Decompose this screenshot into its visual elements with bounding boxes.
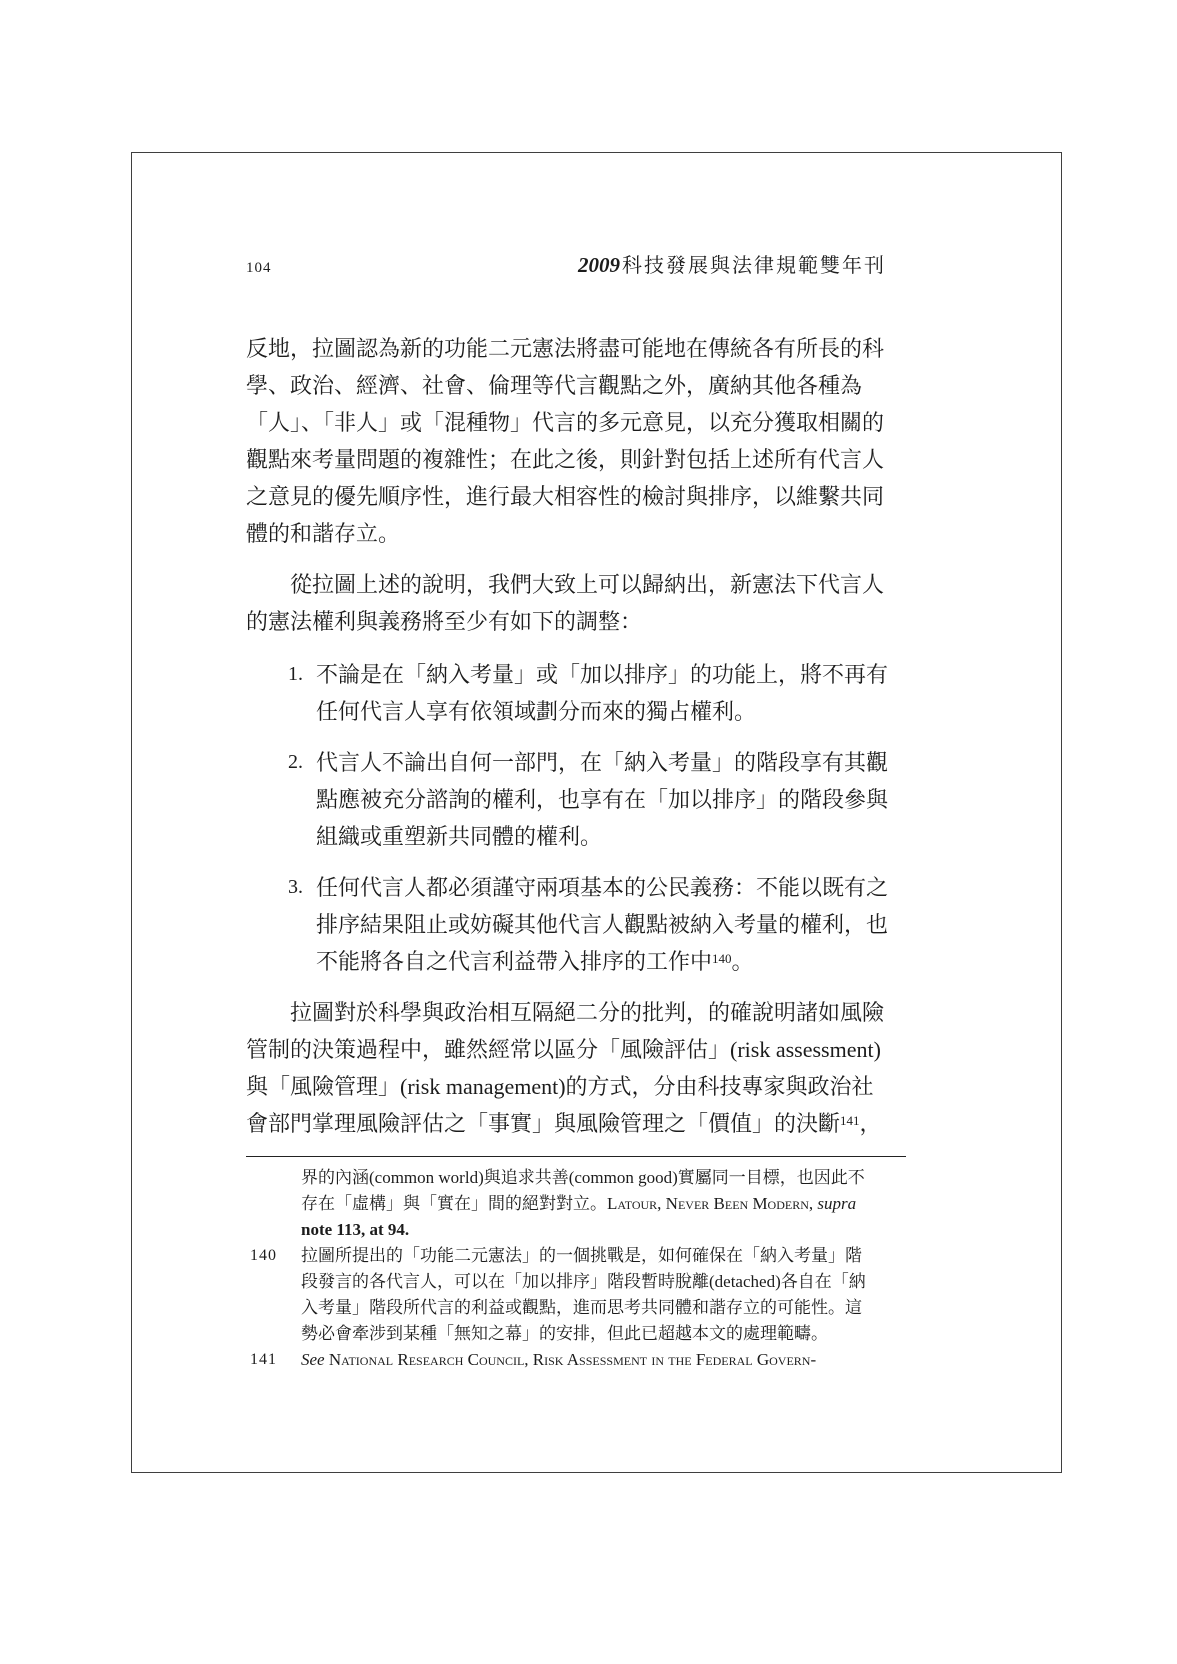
list-item-1-text: 不論是在「納入考量」或「加以排序」的功能上，將不再有 任何代言人享有依領域劃分而…	[316, 656, 906, 730]
document-canvas: 104 2009科技發展與法律規範雙年刊 反地，拉圖認為新的功能二元憲法將盡可能…	[0, 0, 1177, 1664]
list-item-2-text: 代言人不論出自何一部門，在「納入考量」的階段享有其觀 點應被充分諮詢的權利，也享…	[316, 744, 906, 855]
paragraph-2: 從拉圖上述的說明，我們大致上可以歸納出，新憲法下代言人 的憲法權利與義務將至少有…	[246, 566, 906, 640]
footnote-continuation-line-2: 存在「虛構」與「實在」間的絕對對立。Latour, Never Been Mod…	[301, 1191, 926, 1217]
footnote-141-number: 141	[250, 1347, 277, 1373]
footnote-141-text: See National Research Council, Risk Asse…	[301, 1347, 926, 1373]
footnote-ref-141: 141	[840, 1113, 860, 1128]
paragraph-3-lines: 拉圖對於科學與政治相互隔絕二分的批判，的確說明諸如風險 管制的決策過程中，雖然經…	[246, 994, 906, 1105]
page: 104 2009科技發展與法律規範雙年刊 反地，拉圖認為新的功能二元憲法將盡可能…	[131, 152, 1062, 1473]
list-item-3: 3. 任何代言人都必須謹守兩項基本的公民義務：不能以既有之 排序結果阻止或妨礙其…	[246, 869, 906, 980]
footnote-141: 141 See National Research Council, Risk …	[246, 1347, 926, 1373]
body-text: 反地，拉圖認為新的功能二元憲法將盡可能地在傳統各有所長的科 學、政治、經濟、社會…	[246, 330, 906, 1142]
footnote-140-number: 140	[250, 1243, 277, 1269]
list-item-3-last-line: 不能將各自之代言利益帶入排序的工作中140。	[316, 943, 906, 980]
footnote-ref-140: 140	[712, 951, 732, 966]
supra-italic: supra	[813, 1194, 856, 1213]
list-item-3-last-text: 不能將各自之代言利益帶入排序的工作中	[316, 949, 712, 974]
list-item-2-number: 2.	[288, 744, 303, 781]
list-item-3-last-punct: 。	[732, 949, 754, 974]
list-item-3-text: 任何代言人都必須謹守兩項基本的公民義務：不能以既有之 排序結果阻止或妨礙其他代言…	[316, 869, 906, 943]
page-number: 104	[246, 260, 272, 277]
numbered-list: 1. 不論是在「納入考量」或「加以排序」的功能上，將不再有 任何代言人享有依領域…	[246, 656, 906, 980]
nrc-citation: National Research Council, Risk Assessme…	[325, 1350, 817, 1369]
list-item-1: 1. 不論是在「納入考量」或「加以排序」的功能上，將不再有 任何代言人享有依領域…	[246, 656, 906, 730]
latour-citation: Latour, Never Been Modern,	[607, 1194, 813, 1213]
footnotes: 界的內涵(common world)與追求共善(common good)實屬同一…	[246, 1165, 926, 1373]
journal-header: 2009科技發展與法律規範雙年刊	[578, 249, 886, 278]
list-item-2: 2. 代言人不論出自何一部門，在「納入考量」的階段享有其觀 點應被充分諮詢的權利…	[246, 744, 906, 855]
footnote-continuation-line-3: note 113, at 94.	[301, 1217, 926, 1243]
page-header: 104 2009科技發展與法律規範雙年刊	[246, 249, 886, 278]
paragraph-1: 反地，拉圖認為新的功能二元憲法將盡可能地在傳統各有所長的科 學、政治、經濟、社會…	[246, 330, 906, 552]
footnote-continuation-line-1: 界的內涵(common world)與追求共善(common good)實屬同一…	[301, 1165, 926, 1191]
journal-year: 2009	[578, 253, 620, 277]
paragraph-3-last-line: 會部門掌理風險評估之「事實」與風險管理之「價值」的決斷141，	[246, 1105, 906, 1142]
footnote-continuation: 界的內涵(common world)與追求共善(common good)實屬同一…	[246, 1165, 926, 1243]
journal-title: 科技發展與法律規範雙年刊	[622, 255, 886, 277]
paragraph-3: 拉圖對於科學與政治相互隔絕二分的批判，的確說明諸如風險 管制的決策過程中，雖然經…	[246, 994, 906, 1142]
footnote-separator	[246, 1156, 906, 1157]
see-italic: See	[301, 1350, 325, 1369]
footnote-140-text: 拉圖所提出的「功能二元憲法」的一個挑戰是，如何確保在「納入考量」階 段發言的各代…	[301, 1243, 926, 1347]
paragraph-3-last-text: 會部門掌理風險評估之「事實」與風險管理之「價值」的決斷	[246, 1111, 840, 1136]
paragraph-3-last-punct: ，	[860, 1111, 882, 1136]
list-item-3-number: 3.	[288, 869, 303, 906]
page-content: 104 2009科技發展與法律規範雙年刊 反地，拉圖認為新的功能二元憲法將盡可能…	[132, 153, 1061, 1373]
footnote-continuation-chinese: 存在「虛構」與「實在」間的絕對對立。	[301, 1194, 607, 1213]
list-item-1-number: 1.	[288, 656, 303, 693]
footnote-140: 140 拉圖所提出的「功能二元憲法」的一個挑戰是，如何確保在「納入考量」階 段發…	[246, 1243, 926, 1347]
